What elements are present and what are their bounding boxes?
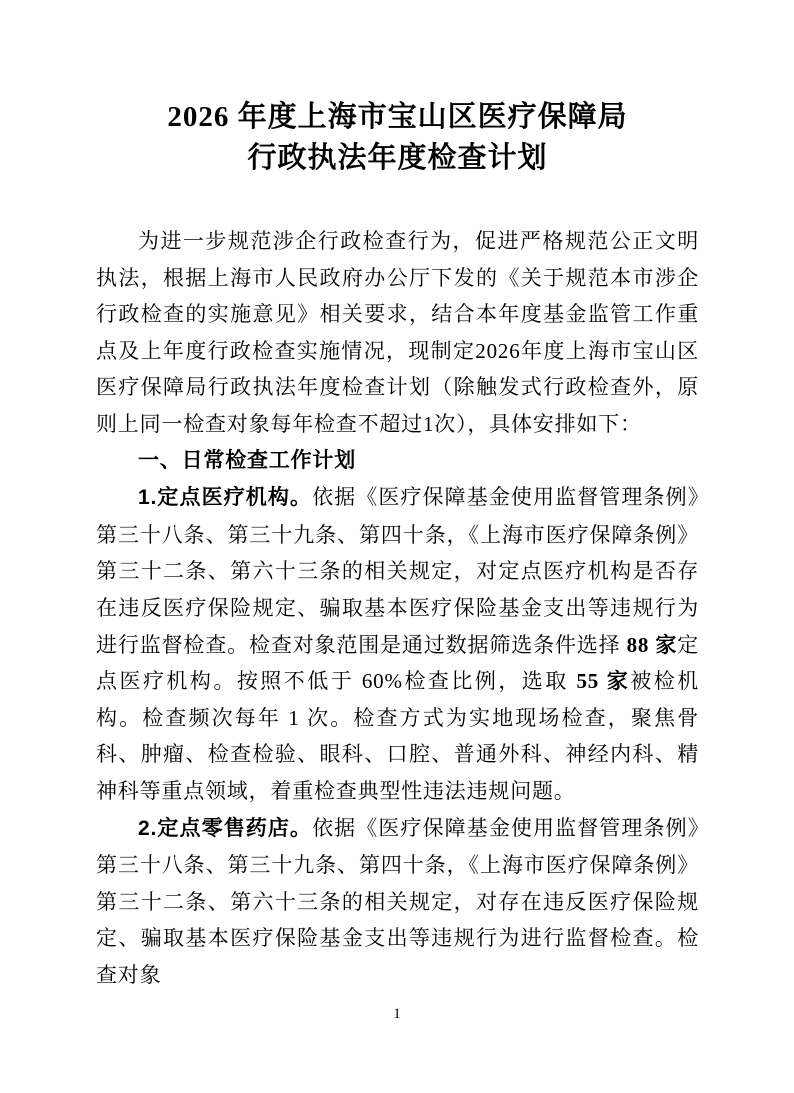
title-line-1: 2026 年度上海市宝山区医疗保障局: [96, 97, 699, 138]
document-content: 2026 年度上海市宝山区医疗保障局 行政执法年度检查计划 为进一步规范涉企行政…: [0, 0, 794, 993]
item-1-checked-count: 55 家: [576, 669, 630, 693]
item-2-text-1: 依据《医疗保障基金使用监督管理条例》第三十八条、第三十九条、第四十条，《上海市医…: [96, 816, 699, 987]
item-1-selected-count: 88 家: [627, 633, 678, 657]
document-title: 2026 年度上海市宝山区医疗保障局 行政执法年度检查计划: [96, 97, 699, 179]
section-heading-daily-inspection: 一、日常检查工作计划: [96, 443, 699, 480]
page-footer: 1: [0, 1005, 794, 1023]
item-1-lead: 1.定点医疗机构。: [138, 486, 312, 509]
document-page: 2026 年度上海市宝山区医疗保障局 行政执法年度检查计划 为进一步规范涉企行政…: [0, 0, 794, 1093]
item-1-text-1: 依据《医疗保障基金使用监督管理条例》第三十八条、第三十九条、第四十条，《上海市医…: [96, 485, 699, 656]
item-2-lead: 2.定点零售药店。: [138, 817, 312, 840]
item-2-paragraph-retail-pharmacies: 2.定点零售药店。依据《医疗保障基金使用监督管理条例》第三十八条、第三十九条、第…: [96, 810, 699, 994]
intro-paragraph: 为进一步规范涉企行政检查行为，促进严格规范公正文明执法，根据上海市人民政府办公厅…: [96, 223, 699, 443]
title-line-2: 行政执法年度检查计划: [96, 138, 699, 179]
page-number: 1: [393, 1006, 401, 1022]
item-1-paragraph-medical-institutions: 1.定点医疗机构。依据《医疗保障基金使用监督管理条例》第三十八条、第三十九条、第…: [96, 479, 699, 809]
